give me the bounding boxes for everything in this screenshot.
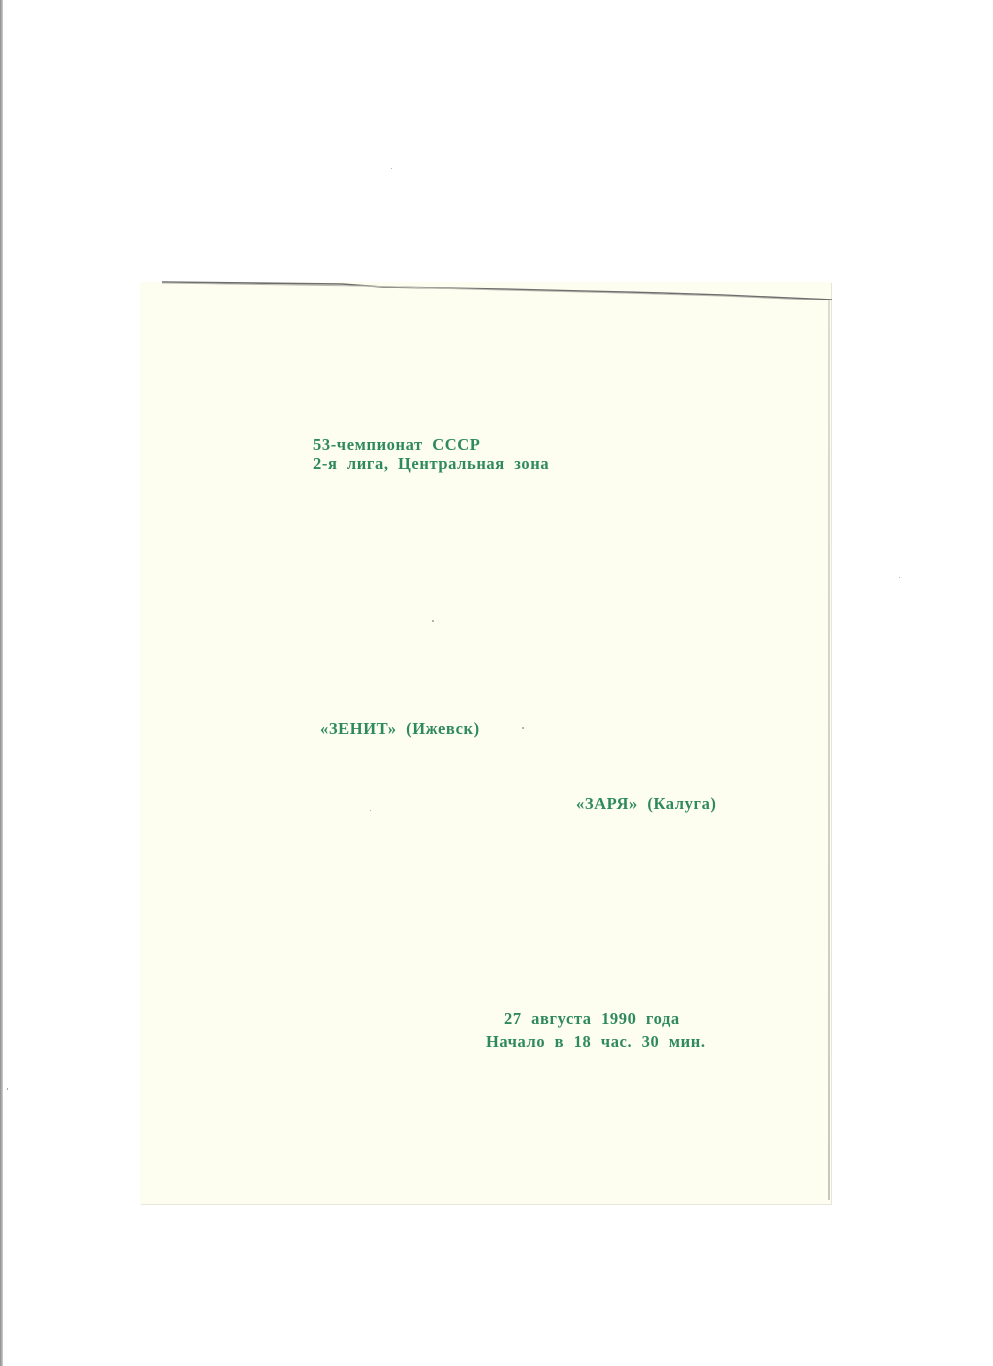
paper-speck <box>432 620 434 622</box>
home-team: «ЗЕНИТ» (Ижевск) <box>320 719 480 738</box>
paper-right-edge <box>828 300 830 1200</box>
programme-sheet <box>140 282 831 1204</box>
match-date: 27 августа 1990 года <box>504 1009 680 1028</box>
away-team: «ЗАРЯ» (Калуга) <box>576 794 717 813</box>
championship-title: 53-чемпионат СССР <box>313 435 480 454</box>
paper-speck <box>370 810 371 811</box>
scan-edge-shadow <box>0 0 3 1366</box>
kickoff-time: Начало в 18 час. 30 мин. <box>486 1032 706 1051</box>
scan-speck <box>7 1088 8 1090</box>
scan-speck <box>391 168 392 169</box>
paper-speck <box>522 727 524 729</box>
scan-speck <box>899 577 900 578</box>
league-zone-subtitle: 2-я лига, Центральная зона <box>313 454 549 473</box>
